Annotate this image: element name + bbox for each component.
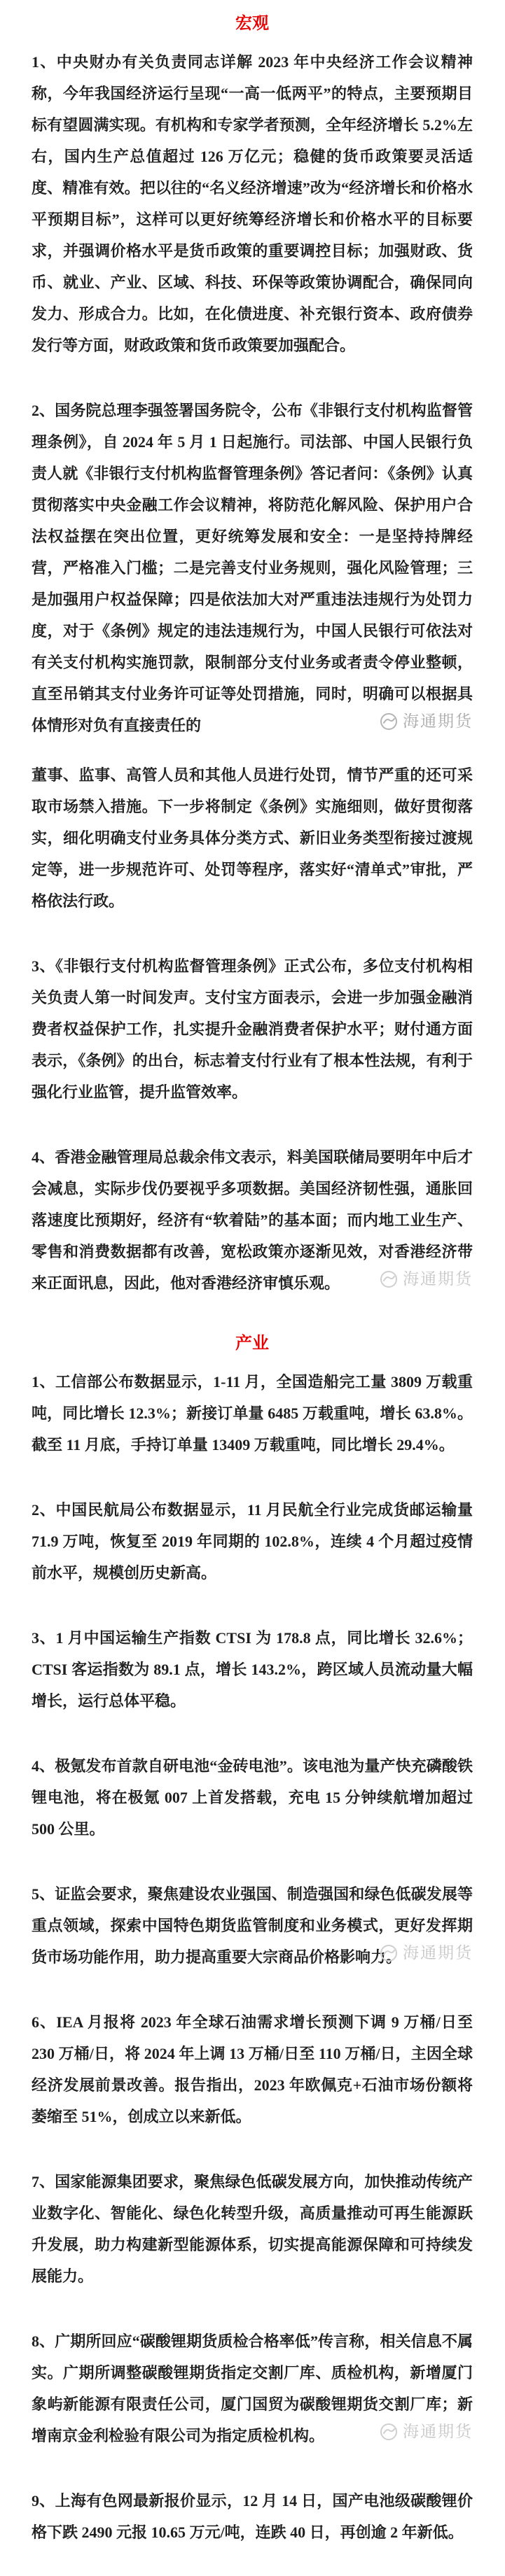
- haitong-logo-icon: [380, 712, 398, 731]
- section-title-industry: 产业: [32, 1332, 473, 1355]
- watermark-label: 海通期货: [403, 1263, 473, 1295]
- haitong-logo-icon: [380, 2423, 398, 2441]
- paragraph-industry-1: 1、工信部公布数据显示，1-11 月，全国造船完工量 3809 万载重吨，同比增…: [32, 1366, 473, 1461]
- paragraph-industry-8: 8、广期所回应“碳酸锂期货质检合格率低”传言称，相关信息不属实。广期所调整碳酸锂…: [32, 2325, 473, 2451]
- watermark: 海通期货: [380, 1263, 473, 1295]
- paragraph-industry-3: 3、1 月中国运输生产指数 CTSI 为 178.8 点，同比增长 32.6%；…: [32, 1622, 473, 1717]
- paragraph-text: 董事、监事、高管人员和其他人员进行处罚，情节严重的还可采取市场禁入措施。下一步将…: [32, 766, 473, 910]
- paragraph-text: 3、1 月中国运输生产指数 CTSI 为 178.8 点，同比增长 32.6%；…: [32, 1629, 473, 1710]
- paragraph-text: 8、广期所回应“碳酸锂期货质检合格率低”传言称，相关信息不属实。广期所调整碳酸锂…: [32, 2332, 473, 2444]
- paragraph-text: 2、中国民航局公布数据显示，11 月民航全行业完成货邮运输量 71.9 万吨，恢…: [32, 1501, 473, 1582]
- paragraph-text: 4、香港金融管理局总裁余伟文表示，料美国联储局要明年中后才会减息，实际步伐仍要视…: [32, 1148, 473, 1292]
- paragraph-text: 1、中央财办有关负责同志详解 2023 年中央经济工作会议精神称，今年我国经济运…: [32, 53, 473, 354]
- news-digest-page: 宏观 1、中央财办有关负责同志详解 2023 年中央经济工作会议精神称，今年我国…: [0, 0, 505, 2576]
- paragraph-industry-6: 6、IEA 月报将 2023 年全球石油需求增长预测下调 9 万桶/日至 230…: [32, 2006, 473, 2132]
- paragraph-macro-4: 4、香港金融管理局总裁余伟文表示，料美国联储局要明年中后才会减息，实际步伐仍要视…: [32, 1141, 473, 1299]
- haitong-logo-icon: [380, 1270, 398, 1288]
- watermark-label: 海通期货: [403, 1937, 473, 1969]
- paragraph-text: 2、国务院总理李强签署国务院令，公布《非银行支付机构监督管理条例》，自 2024…: [32, 402, 473, 734]
- paragraph-macro-1: 1、中央财办有关负责同志详解 2023 年中央经济工作会议精神称，今年我国经济运…: [32, 46, 473, 361]
- paragraph-industry-2: 2、中国民航局公布数据显示，11 月民航全行业完成货邮运输量 71.9 万吨，恢…: [32, 1494, 473, 1589]
- watermark-label: 海通期货: [403, 2416, 473, 2447]
- paragraph-industry-9: 9、上海有色网最新报价显示，12 月 14 日，国产电池级碳酸锂价格下跌 249…: [32, 2485, 473, 2548]
- paragraph-macro-3: 3、《非银行支付机构监督管理条例》正式公布，多位支付机构相关负责人第一时间发声。…: [32, 950, 473, 1108]
- paragraph-text: 4、极氪发布首款自研电池“金砖电池”。该电池为量产快充磷酸铁锂电池，将在极氪 0…: [32, 1757, 473, 1838]
- paragraph-macro-2-part2: 董事、监事、高管人员和其他人员进行处罚，情节严重的还可采取市场禁入措施。下一步将…: [32, 759, 473, 917]
- paragraph-text: 1、工信部公布数据显示，1-11 月，全国造船完工量 3809 万载重吨，同比增…: [32, 1373, 473, 1454]
- watermark: 海通期货: [380, 2416, 473, 2447]
- paragraph-text: 3、《非银行支付机构监督管理条例》正式公布，多位支付机构相关负责人第一时间发声。…: [32, 957, 473, 1101]
- paragraph-macro-2-part1: 2、国务院总理李强签署国务院令，公布《非银行支付机构监督管理条例》，自 2024…: [32, 395, 473, 741]
- paragraph-industry-4: 4、极氪发布首款自研电池“金砖电池”。该电池为量产快充磷酸铁锂电池，将在极氪 0…: [32, 1750, 473, 1845]
- paragraph-text: 7、国家能源集团要求，聚焦绿色低碳发展方向，加快推动传统产业数字化、智能化、绿色…: [32, 2173, 473, 2285]
- paragraph-industry-5: 5、证监会要求，聚焦建设农业强国、制造强国和绿色低碳发展等重点领域，探索中国特色…: [32, 1878, 473, 1973]
- section-title-macro: 宏观: [32, 13, 473, 35]
- watermark-label: 海通期货: [403, 705, 473, 737]
- paragraph-text: 6、IEA 月报将 2023 年全球石油需求增长预测下调 9 万桶/日至 230…: [32, 2013, 473, 2125]
- paragraph-industry-7: 7、国家能源集团要求，聚焦绿色低碳发展方向，加快推动传统产业数字化、智能化、绿色…: [32, 2166, 473, 2292]
- paragraph-text: 5、证监会要求，聚焦建设农业强国、制造强国和绿色低碳发展等重点领域，探索中国特色…: [32, 1885, 473, 1966]
- watermark: 海通期货: [380, 705, 473, 737]
- paragraph-text: 9、上海有色网最新报价显示，12 月 14 日，国产电池级碳酸锂价格下跌 249…: [32, 2492, 473, 2541]
